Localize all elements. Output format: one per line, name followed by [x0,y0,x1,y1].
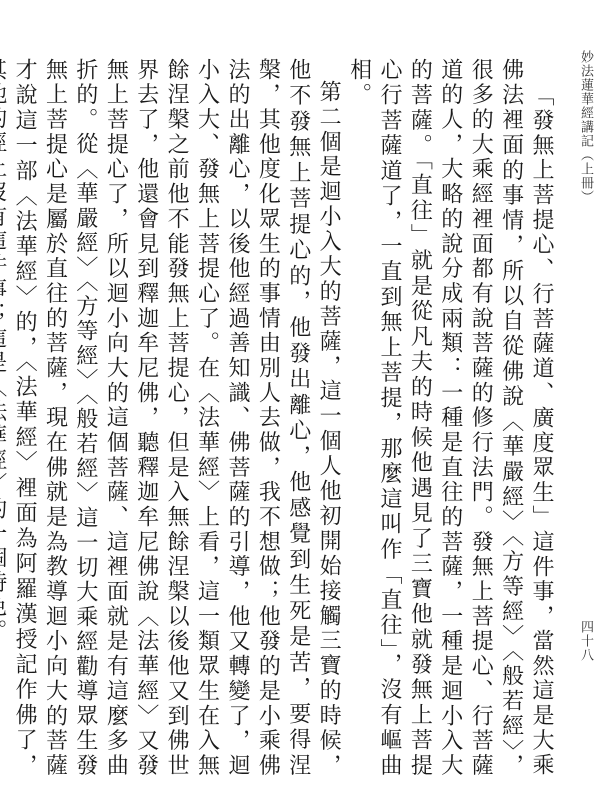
page-number: 四十八 [576,620,595,662]
paragraph-2: 第二個是迴小入大的菩薩，這一個人他初開始接觸三寶的時候，他不發無上菩提心的，他發… [0,58,343,778]
document-page: 妙法蓮華經講記（上冊） 四十八 「發無上菩提心、行菩薩道、廣度眾生」這件事，當然… [0,0,600,800]
body-text: 「發無上菩提心、行菩薩道、廣度眾生」這件事，當然這是大乘佛法裡面的事情，所以自從… [0,58,556,778]
running-header-book-title: 妙法蓮華經講記（上冊） [576,50,595,204]
paragraph-1: 「發無上菩提心、行菩薩道、廣度眾生」這件事，當然這是大乘佛法裡面的事情，所以自從… [343,58,556,778]
